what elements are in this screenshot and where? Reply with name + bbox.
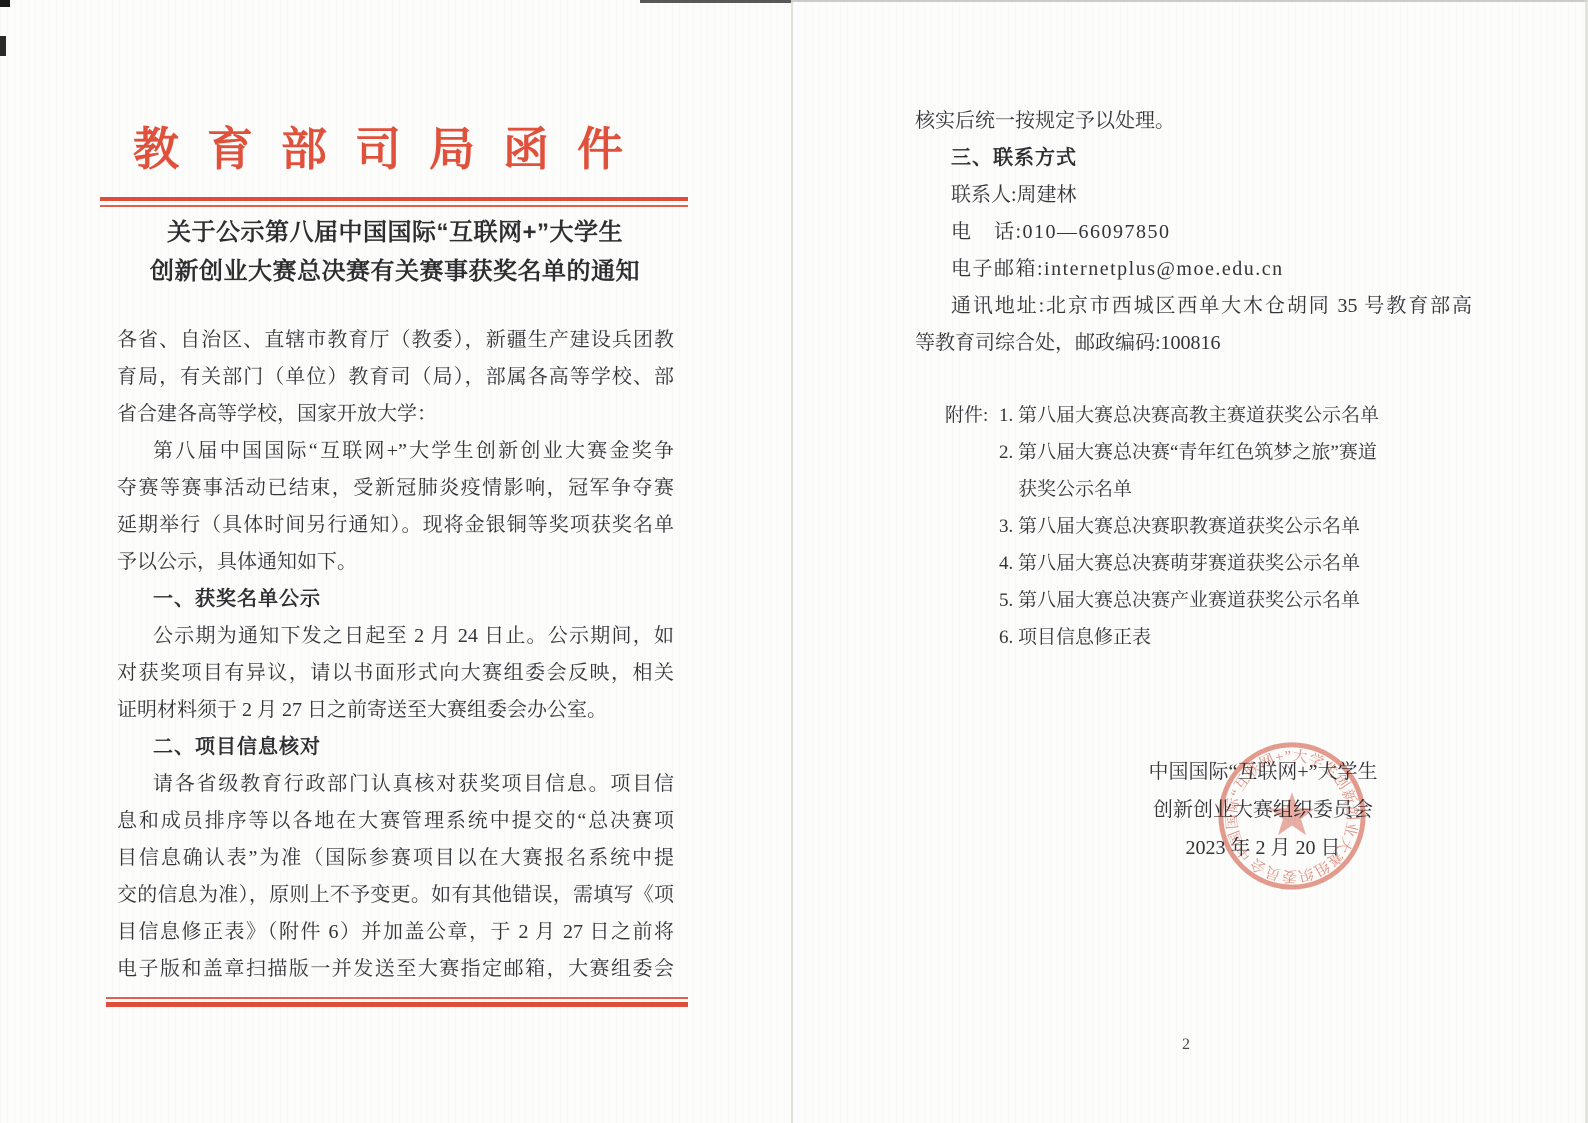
attachment-item: 2.第八届大赛总决赛“青年红色筑梦之旅”赛道 bbox=[999, 440, 1377, 465]
official-seal: 中国国际“互联网+”大学生创新创业大赛组织委员会 bbox=[1213, 737, 1371, 895]
page1-body: 各省、自治区、直辖市教育厅（教委），新疆生产建设兵团教 育局，有关部门（单位）教… bbox=[117, 322, 674, 988]
page-divider bbox=[791, 0, 793, 1123]
attachment-item-continuation: 获奖公示名单 bbox=[1018, 477, 1132, 502]
body-line: 公示期为通知下发之日起至 2 月 24 日止。公示期间，如 bbox=[117, 618, 674, 655]
letterhead-title: 教育部司局函件 bbox=[133, 124, 673, 176]
attachment-item: 3.第八届大赛总决赛职教赛道获奖公示名单 bbox=[999, 514, 1360, 539]
body-line: 延期举行（具体时间另行通知）。现将金银铜等奖项获奖名单 bbox=[117, 507, 674, 544]
footer-rule bbox=[106, 1002, 688, 1007]
page2-body: 核实后统一按规定予以处理。 三、联系方式 联系人:周建林 电 话:010—660… bbox=[915, 103, 1472, 362]
body-line: 请各省级教育行政部门认真核对获奖项目信息。项目信 bbox=[117, 766, 674, 803]
contact-person-line: 联系人:周建林 bbox=[915, 177, 1472, 214]
attachments-label: 附件: bbox=[945, 403, 999, 428]
contact-address-line: 通讯地址:北京市西城区西单大木仓胡同 35 号教育部高 bbox=[915, 288, 1472, 325]
scan-edge-artifact bbox=[640, 0, 791, 3]
attachment-item: 附件:1.第八届大赛总决赛高教主赛道获奖公示名单 bbox=[945, 403, 1379, 428]
body-line: 第八届中国国际“互联网+”大学生创新创业大赛金奖争 bbox=[117, 433, 674, 470]
document-title-line2: 创新创业大赛总决赛有关赛事获奖名单的通知 bbox=[100, 252, 690, 291]
body-line: 各省、自治区、直辖市教育厅（教委），新疆生产建设兵团教 bbox=[117, 322, 674, 359]
section-heading: 二、项目信息核对 bbox=[117, 729, 674, 766]
body-line: 证明材料须于 2 月 27 日之前寄送至大赛组委会办公室。 bbox=[117, 692, 674, 729]
scan-corner-artifact bbox=[0, 0, 10, 7]
page-number: 2 bbox=[1182, 1036, 1190, 1054]
contact-address-line: 等教育司综合处，邮政编码:100816 bbox=[915, 325, 1472, 362]
body-line: 交的信息为准），原则上不予变更。如有其他错误，需填写《项 bbox=[117, 877, 674, 914]
scan-corner-artifact bbox=[0, 36, 6, 56]
footer-rule bbox=[106, 997, 688, 999]
letterhead-rule bbox=[100, 205, 688, 207]
document-title: 关于公示第八届中国国际“互联网+”大学生 创新创业大赛总决赛有关赛事获奖名单的通… bbox=[100, 213, 690, 291]
body-line: 核实后统一按规定予以处理。 bbox=[915, 103, 1472, 140]
body-line: 目信息修正表》（附件 6）并加盖公章，于 2 月 27 日之前将 bbox=[117, 914, 674, 951]
body-line: 夺赛等赛事活动已结束，受新冠肺炎疫情影响，冠军争夺赛 bbox=[117, 470, 674, 507]
letterhead-rule bbox=[100, 197, 688, 201]
body-line: 息和成员排序等以各地在大赛管理系统中提交的“总决赛项 bbox=[117, 803, 674, 840]
body-line: 省合建各高等学校，国家开放大学： bbox=[117, 396, 674, 433]
contact-phone-line: 电 话:010—66097850 bbox=[915, 214, 1472, 251]
scan-edge-artifact bbox=[791, 0, 1588, 2]
body-line: 予以公示，具体通知如下。 bbox=[117, 544, 674, 581]
body-line: 目信息确认表”为准（国际参赛项目以在大赛报名系统中提 bbox=[117, 840, 674, 877]
section-heading: 一、获奖名单公示 bbox=[117, 581, 674, 618]
contact-email-line: 电子邮箱:internetplus@moe.edu.cn bbox=[915, 251, 1472, 288]
body-line: 电子版和盖章扫描版一并发送至大赛指定邮箱，大赛组委会 bbox=[117, 951, 674, 988]
document-title-line1: 关于公示第八届中国国际“互联网+”大学生 bbox=[100, 213, 690, 252]
section-heading: 三、联系方式 bbox=[915, 140, 1472, 177]
attachment-item: 6.项目信息修正表 bbox=[999, 625, 1151, 650]
seal-star-icon bbox=[1269, 792, 1314, 835]
body-line: 对获奖项目有异议，请以书面形式向大赛组委会反映，相关 bbox=[117, 655, 674, 692]
attachment-item: 4.第八届大赛总决赛萌芽赛道获奖公示名单 bbox=[999, 551, 1360, 576]
body-line: 育局，有关部门（单位）教育司（局），部属各高等学校、部 bbox=[117, 359, 674, 396]
attachment-item: 5.第八届大赛总决赛产业赛道获奖公示名单 bbox=[999, 588, 1360, 613]
